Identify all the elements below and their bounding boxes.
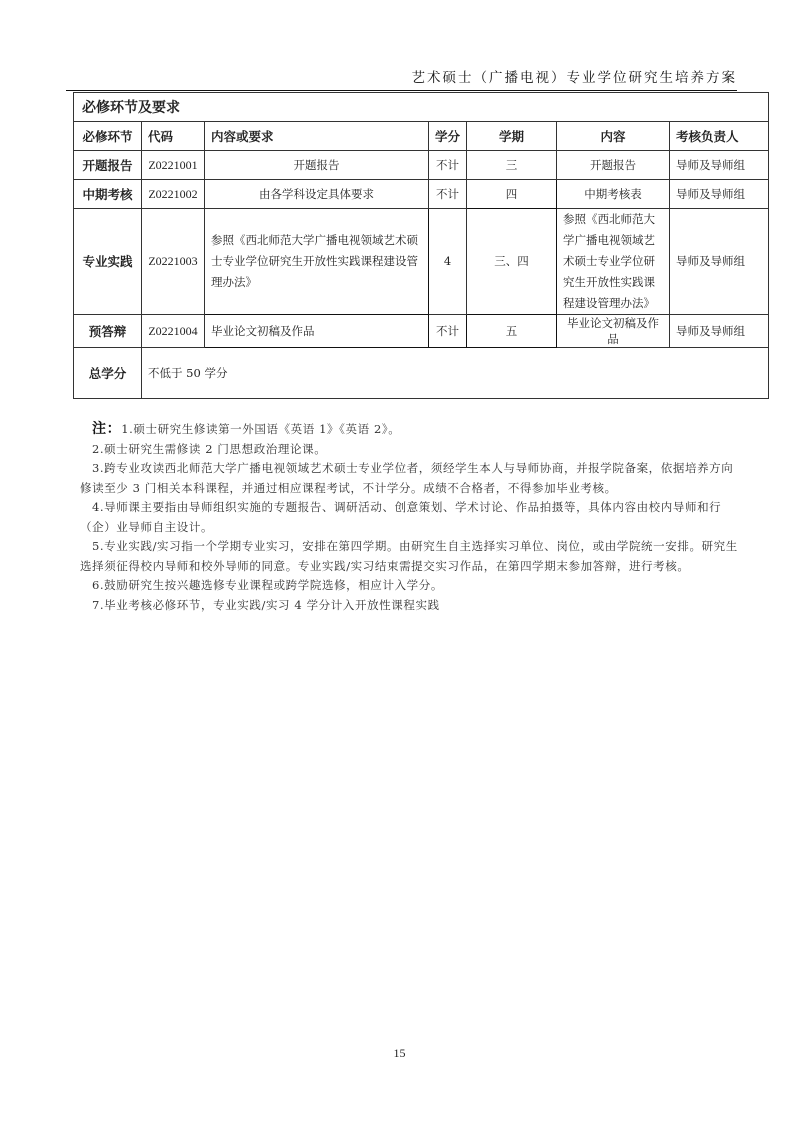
row-assessor: 导师及导师组 bbox=[670, 151, 769, 180]
row-content: 中期考核表 bbox=[557, 180, 670, 209]
row-content: 毕业论文初稿及作品 bbox=[557, 315, 670, 348]
row-name: 预答辩 bbox=[74, 315, 142, 348]
row-assessor: 导师及导师组 bbox=[670, 180, 769, 209]
section-title: 必修环节及要求 bbox=[74, 93, 769, 122]
row-requirement: 参照《西北师范大学广播电视领域艺术硕士专业学位研究生开放性实践课程建设管理办法》 bbox=[205, 209, 429, 315]
row-requirement: 开题报告 bbox=[205, 151, 429, 180]
column-header: 代码 bbox=[142, 122, 205, 151]
column-header: 考核负责人 bbox=[670, 122, 769, 151]
row-code: Z0221004 bbox=[142, 315, 205, 348]
note-item: 注：1.硕士研究生修读第一外国语《英语 1》《英语 2》。 bbox=[80, 420, 740, 440]
row-name: 专业实践 bbox=[74, 209, 142, 315]
row-name: 开题报告 bbox=[74, 151, 142, 180]
column-header: 学期 bbox=[467, 122, 557, 151]
row-requirement: 毕业论文初稿及作品 bbox=[205, 315, 429, 348]
row-code: Z0221003 bbox=[142, 209, 205, 315]
note-item: 4.导师课主要指由导师组织实施的专题报告、调研活动、创意策划、学术讨论、作品拍摄… bbox=[80, 498, 740, 537]
total-label: 总学分 bbox=[74, 348, 142, 399]
required-components-table: 必修环节及要求 必修环节 代码 内容或要求 学分 学期 内容 考核负责人 开题报… bbox=[73, 92, 769, 399]
row-code: Z0221001 bbox=[142, 151, 205, 180]
row-credits: 不计 bbox=[429, 315, 467, 348]
note-item: 2.硕士研究生需修读 2 门思想政治理论课。 bbox=[80, 440, 740, 460]
running-header: 艺术硕士（广播电视）专业学位研究生培养方案 bbox=[66, 66, 737, 91]
column-header: 内容或要求 bbox=[205, 122, 429, 151]
note-item: 3.跨专业攻读西北师范大学广播电视领域艺术硕士专业学位者，须经学生本人与导师协商… bbox=[80, 459, 740, 498]
notes-section: 注：1.硕士研究生修读第一外国语《英语 1》《英语 2》。 2.硕士研究生需修读… bbox=[80, 420, 740, 615]
table-row: 专业实践 Z0221003 参照《西北师范大学广播电视领域艺术硕士专业学位研究生… bbox=[74, 209, 769, 315]
row-semester: 三、四 bbox=[467, 209, 557, 315]
row-assessor: 导师及导师组 bbox=[670, 315, 769, 348]
row-content: 参照《西北师范大学广播电视领域艺术硕士专业学位研究生开放性实践课程建设管理办法》 bbox=[557, 209, 670, 315]
row-requirement: 由各学科设定具体要求 bbox=[205, 180, 429, 209]
column-header: 学分 bbox=[429, 122, 467, 151]
page-number: 15 bbox=[0, 1046, 799, 1061]
row-assessor: 导师及导师组 bbox=[670, 209, 769, 315]
table-header-row: 必修环节 代码 内容或要求 学分 学期 内容 考核负责人 bbox=[74, 122, 769, 151]
note-item: 6.鼓励研究生按兴趣选修专业课程或跨学院选修，相应计入学分。 bbox=[80, 576, 740, 596]
table-row: 预答辩 Z0221004 毕业论文初稿及作品 不计 五 毕业论文初稿及作品 导师… bbox=[74, 315, 769, 348]
note-item: 5.专业实践/实习指一个学期专业实习，安排在第四学期。由研究生自主选择实习单位、… bbox=[80, 537, 740, 576]
table-row: 中期考核 Z0221002 由各学科设定具体要求 不计 四 中期考核表 导师及导… bbox=[74, 180, 769, 209]
row-semester: 四 bbox=[467, 180, 557, 209]
row-credits: 不计 bbox=[429, 151, 467, 180]
row-semester: 三 bbox=[467, 151, 557, 180]
column-header: 内容 bbox=[557, 122, 670, 151]
total-credits-row: 总学分 不低于 50 学分 bbox=[74, 348, 769, 399]
row-content: 开题报告 bbox=[557, 151, 670, 180]
column-header: 必修环节 bbox=[74, 122, 142, 151]
notes-label: 注： bbox=[92, 421, 121, 437]
row-credits: 不计 bbox=[429, 180, 467, 209]
row-semester: 五 bbox=[467, 315, 557, 348]
note-item: 7.毕业考核必修环节，专业实践/实习 4 学分计入开放性课程实践 bbox=[80, 596, 740, 616]
table-row: 开题报告 Z0221001 开题报告 不计 三 开题报告 导师及导师组 bbox=[74, 151, 769, 180]
row-credits: 4 bbox=[429, 209, 467, 315]
row-name: 中期考核 bbox=[74, 180, 142, 209]
total-value: 不低于 50 学分 bbox=[142, 348, 769, 399]
row-code: Z0221002 bbox=[142, 180, 205, 209]
